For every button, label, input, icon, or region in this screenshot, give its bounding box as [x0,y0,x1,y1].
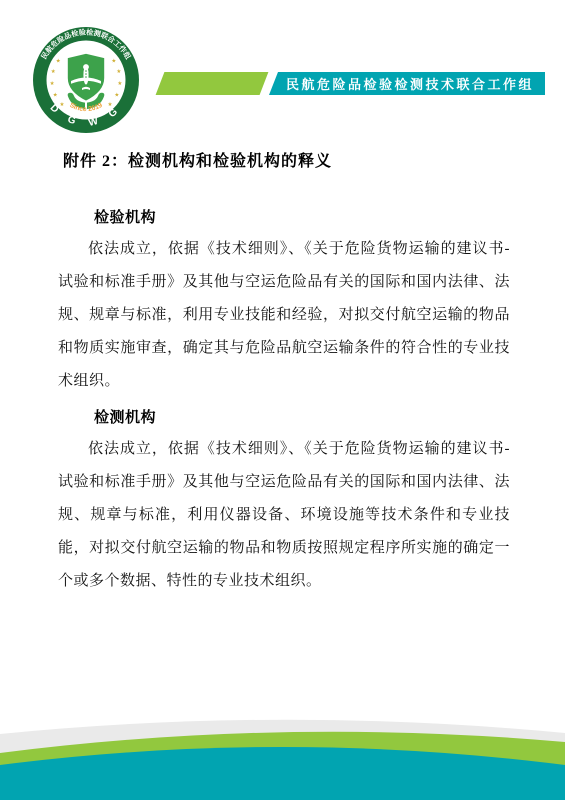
svg-text:★: ★ [108,102,113,108]
document-page: 民航危险品检验检测联合工作组 ★★ ★★ ★★ ★★ ★★ [0,0,565,800]
section-testing-body: 检测机构 依法成立，依据《技术细则》、《关于危险货物运输的建议书-试验和标准手册… [58,406,510,598]
svg-text:★: ★ [117,81,122,87]
svg-text:★: ★ [60,102,65,108]
svg-text:★: ★ [56,59,61,65]
svg-text:★: ★ [116,69,121,75]
svg-text:★: ★ [50,81,55,87]
section-paragraph: 依法成立，依据《技术细则》、《关于危险货物运输的建议书-试验和标准手册》及其他与… [58,433,510,598]
section-heading: 检测机构 [94,406,510,430]
svg-text:★: ★ [114,92,119,98]
svg-text:★: ★ [111,59,116,65]
dgwg-logo: 民航危险品检验检测联合工作组 ★★ ★★ ★★ ★★ ★★ [33,27,139,133]
airplane-windows [85,70,87,78]
svg-text:★: ★ [51,69,56,75]
section-heading: 检验机构 [94,206,510,230]
footer-wave-art [0,700,565,800]
banner-green-accent [156,72,269,95]
banner-title-bar: 民航危险品检验检测技术联合工作组 [269,72,545,95]
page-title: 附件 2：检测机构和检验机构的释义 [63,148,332,171]
banner-title-text: 民航危险品检验检测技术联合工作组 [280,74,534,93]
section-paragraph: 依法成立，依据《技术细则》、《关于危险货物运输的建议书-试验和标准手册》及其他与… [58,233,510,398]
section-inspection-body: 检验机构 依法成立，依据《技术细则》、《关于危险货物运输的建议书-试验和标准手册… [58,206,510,398]
svg-text:★: ★ [53,92,58,98]
